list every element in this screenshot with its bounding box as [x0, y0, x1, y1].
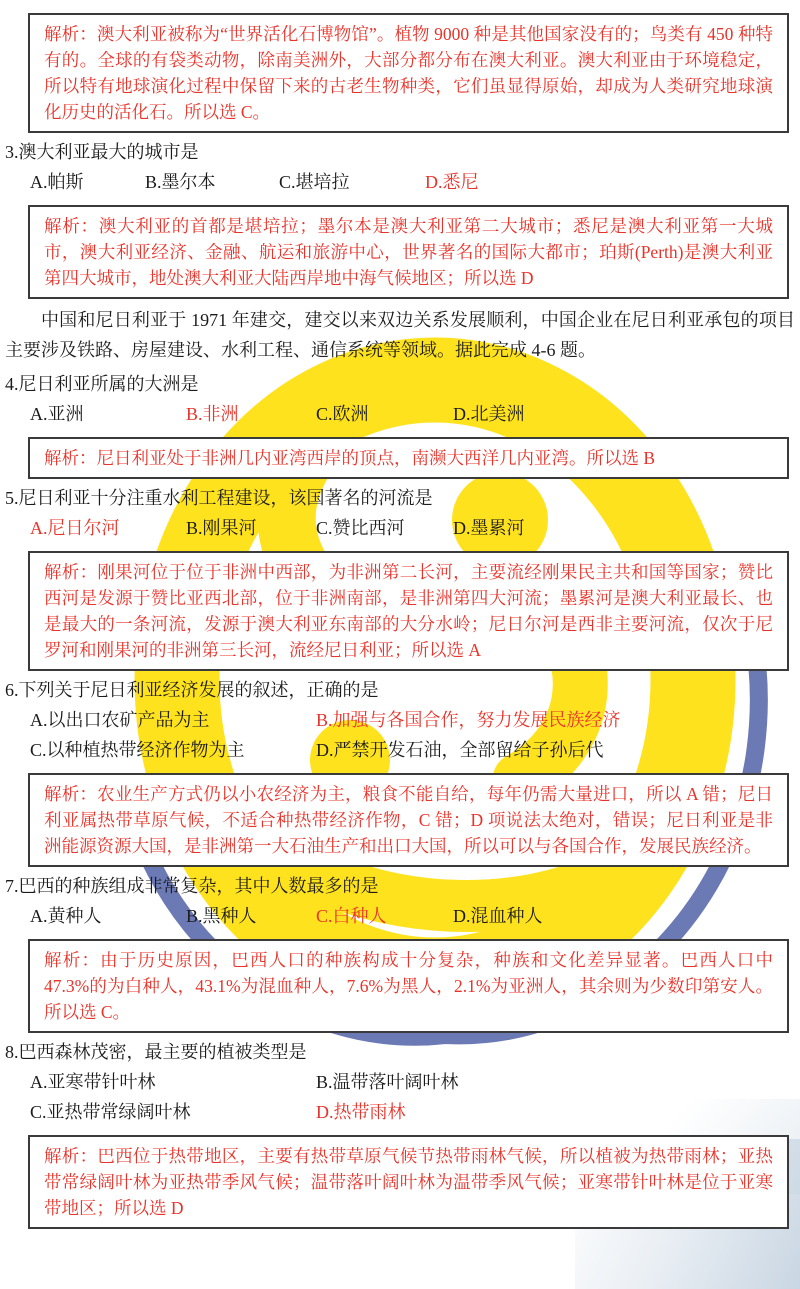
- option-a: A.黄种人: [30, 901, 186, 931]
- option-d: D.悉尼: [425, 167, 479, 197]
- option-c: C.赞比西河: [316, 513, 453, 543]
- question-7-options: A.黄种人 B.黑种人 C.白种人 D.混血种人: [0, 901, 800, 931]
- option-d: D.热带雨林: [316, 1097, 406, 1127]
- analysis-text: 解析：刚果河位于位于非洲中西部，为非洲第二长河，主要流经刚果民主共和国等国家；赞…: [44, 562, 773, 660]
- option-c: C.以种植热带经济作物为主: [30, 735, 316, 765]
- question-8-options-row1: A.亚寒带针叶林 B.温带落叶阔叶林: [0, 1067, 800, 1097]
- question-6-options-row1: A.以出口农矿产品为主 B.加强与各国合作，努力发展民族经济: [0, 705, 800, 735]
- option-b: B.温带落叶阔叶林: [316, 1067, 459, 1097]
- question-5-options: A.尼日尔河 B.刚果河 C.赞比西河 D.墨累河: [0, 513, 800, 543]
- exam-answer-page: 解析：澳大利亚被称为“世界活化石博物馆”。植物 9000 种是其他国家没有的；鸟…: [0, 0, 800, 1289]
- question-8-options-row2: C.亚热带常绿阔叶林 D.热带雨林: [0, 1097, 800, 1127]
- option-d: D.严禁开发石油，全部留给子孙后代: [316, 735, 604, 765]
- question-3-title: 3.澳大利亚最大的城市是: [0, 137, 800, 167]
- option-b: B.墨尔本: [145, 167, 279, 197]
- analysis-box-q7: 解析：由于历史原因，巴西人口的种族构成十分复杂，种族和文化差异显著。巴西人口中 …: [28, 939, 789, 1033]
- analysis-text: 解析：农业生产方式仍以小农经济为主，粮食不能自给，每年仍需大量进口，所以 A 错…: [44, 784, 773, 856]
- option-a: A.亚洲: [30, 399, 186, 429]
- analysis-box-q4: 解析：尼日利亚处于非洲几内亚湾西岸的顶点，南濒大西洋几内亚湾。所以选 B: [28, 437, 789, 479]
- option-c: C.欧洲: [316, 399, 453, 429]
- question-4-options: A.亚洲 B.非洲 C.欧洲 D.北美洲: [0, 399, 800, 429]
- analysis-text: 解析：澳大利亚被称为“世界活化石博物馆”。植物 9000 种是其他国家没有的；鸟…: [44, 24, 773, 122]
- question-4-title: 4.尼日利亚所属的大洲是: [0, 369, 800, 399]
- analysis-text: 解析：澳大利亚的首都是堪培拉；墨尔本是澳大利亚第二大城市；悉尼是澳大利亚第一大城…: [44, 216, 773, 288]
- option-d: D.北美洲: [453, 399, 525, 429]
- option-b: B.刚果河: [186, 513, 316, 543]
- option-a: A.以出口农矿产品为主: [30, 705, 316, 735]
- option-a: A.亚寒带针叶林: [30, 1067, 316, 1097]
- option-c: C.白种人: [316, 901, 453, 931]
- passage-nigeria: 中国和尼日利亚于 1971 年建交，建交以来双边关系发展顺利，中国企业在尼日利亚…: [0, 305, 800, 365]
- analysis-text: 解析：由于历史原因，巴西人口的种族构成十分复杂，种族和文化差异显著。巴西人口中 …: [44, 950, 773, 1022]
- option-a: A.帕斯: [30, 167, 145, 197]
- option-a: A.尼日尔河: [30, 513, 186, 543]
- analysis-box-q6: 解析：农业生产方式仍以小农经济为主，粮食不能自给，每年仍需大量进口，所以 A 错…: [28, 773, 789, 867]
- option-c: C.亚热带常绿阔叶林: [30, 1097, 316, 1127]
- analysis-box-q2: 解析：澳大利亚被称为“世界活化石博物馆”。植物 9000 种是其他国家没有的；鸟…: [28, 13, 789, 133]
- question-3-options: A.帕斯 B.墨尔本 C.堪培拉 D.悉尼: [0, 167, 800, 197]
- option-d: D.混血种人: [453, 901, 543, 931]
- document-content: 解析：澳大利亚被称为“世界活化石博物馆”。植物 9000 种是其他国家没有的；鸟…: [0, 13, 800, 1229]
- question-6-options-row2: C.以种植热带经济作物为主 D.严禁开发石油，全部留给子孙后代: [0, 735, 800, 765]
- question-5-title: 5.尼日利亚十分注重水利工程建设，该国著名的河流是: [0, 483, 800, 513]
- option-b: B.黑种人: [186, 901, 316, 931]
- question-8-title: 8.巴西森林茂密，最主要的植被类型是: [0, 1037, 800, 1067]
- analysis-box-q3: 解析：澳大利亚的首都是堪培拉；墨尔本是澳大利亚第二大城市；悉尼是澳大利亚第一大城…: [28, 205, 789, 299]
- question-7-title: 7.巴西的种族组成非常复杂，其中人数最多的是: [0, 871, 800, 901]
- analysis-text: 解析：尼日利亚处于非洲几内亚湾西岸的顶点，南濒大西洋几内亚湾。所以选 B: [44, 448, 655, 468]
- option-b: B.加强与各国合作，努力发展民族经济: [316, 705, 621, 735]
- option-b: B.非洲: [186, 399, 316, 429]
- option-c: C.堪培拉: [279, 167, 425, 197]
- question-6-title: 6.下列关于尼日利亚经济发展的叙述，正确的是: [0, 675, 800, 705]
- analysis-box-q5: 解析：刚果河位于位于非洲中西部，为非洲第二长河，主要流经刚果民主共和国等国家；赞…: [28, 551, 789, 671]
- option-d: D.墨累河: [453, 513, 525, 543]
- analysis-text: 解析：巴西位于热带地区，主要有热带草原气候节热带雨林气候，所以植被为热带雨林；亚…: [44, 1146, 773, 1218]
- analysis-box-q8: 解析：巴西位于热带地区，主要有热带草原气候节热带雨林气候，所以植被为热带雨林；亚…: [28, 1135, 789, 1229]
